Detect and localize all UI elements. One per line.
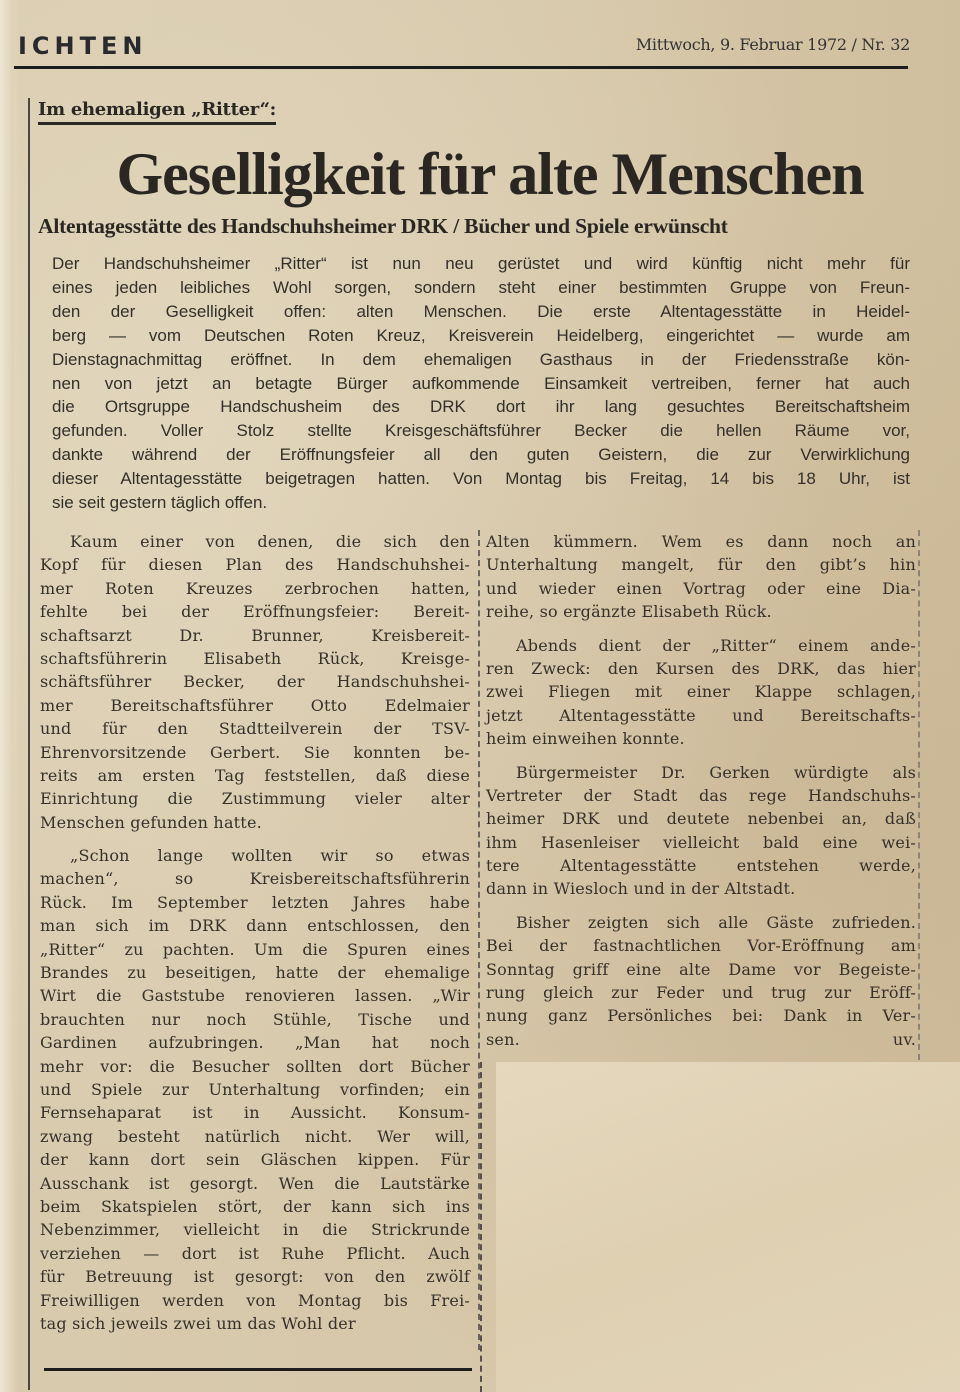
text-line: verziehen — dort ist Ruhe Pflicht. Auch — [40, 1242, 470, 1265]
text-line: Kopf für diesen Plan des Handschuhshei- — [40, 553, 470, 576]
lead-line: Dienstagnachmittag eröffnet. In dem ehem… — [52, 348, 910, 372]
text-line: mer Bereitschaftsführer Otto Edelmaier — [40, 694, 470, 717]
article-kicker: Im ehemaligen „Ritter“: — [38, 99, 276, 125]
text-line: Ausschank ist gesorgt. Wen die Lautstärk… — [40, 1172, 470, 1195]
text-line: zwei Fliegen mit einer Klappe schlagen, — [486, 680, 916, 703]
text-line: fehlte bei der Eröffnungsfeier: Bereit- — [40, 600, 470, 623]
text-line: man sich im DRK dann entschlossen, den — [40, 914, 470, 937]
lead-line: sie seit gestern täglich offen. — [52, 491, 910, 515]
text-line: Brandes zu beseitigen, hatte der ehemali… — [40, 961, 470, 984]
text-line: und für den Stadtteilverein der TSV- — [40, 717, 470, 740]
text-line: mehr vor: die Besucher sollten dort Büch… — [40, 1055, 470, 1078]
byline: uv. — [893, 1028, 916, 1051]
text-line: und Spiele zur Unterhaltung vorfinden; e… — [40, 1078, 470, 1101]
article-lead: Der Handschuhsheimer „Ritter“ ist nun ne… — [52, 252, 910, 515]
bottom-rule — [44, 1368, 472, 1371]
text-line: schäftsführer Becker, der Handschuhshei- — [40, 670, 470, 693]
text-line: Sonntag griff eine alte Dame vor Begeist… — [486, 958, 916, 981]
text-line: Nebenzimmer, vielleicht in die Strickrun… — [40, 1218, 470, 1241]
text-line: Menschen gefunden hatte. — [40, 811, 470, 834]
text-line: Kaum einer von denen, die sich den — [40, 530, 470, 553]
text-line: schaftsarzt Dr. Brunner, Kreisbereit- — [40, 624, 470, 647]
text-line: für Betreuung ist gesorgt: von den zwölf — [40, 1265, 470, 1288]
lead-line: die Ortsgruppe Handschusheim des DRK dor… — [52, 395, 910, 419]
section-label: ICHTEN — [18, 32, 147, 60]
text-line: Alten kümmern. Wem es dann noch an — [486, 530, 916, 553]
text-line: ren Zweck: den Kursen des DRK, das hier — [486, 657, 916, 680]
text-line: Rück. Im September letzten Jahres habe — [40, 891, 470, 914]
paragraph: Alten kümmern. Wem es dann noch anUnterh… — [486, 530, 916, 624]
text-line: beim Skatspielen stört, der kann sich in… — [40, 1195, 470, 1218]
text-line: Einrichtung die Zustimmung vieler alter — [40, 787, 470, 810]
lead-line: den der Geselligkeit offen: alten Mensch… — [52, 300, 910, 324]
text-line: Bei der fastnachtlichen Vor-Eröffnung am — [486, 934, 916, 957]
header-rule — [14, 66, 908, 69]
text-line: tere Altentagesstätte entstehen werde, — [486, 854, 916, 877]
article-subheadline: Altentagesstätte des Handschuhsheimer DR… — [38, 214, 728, 239]
text-line: Gardinen aufzubringen. „Man hat noch — [40, 1031, 470, 1054]
lead-line: dankte während der Eröffnungsfeier all d… — [52, 443, 910, 467]
lead-line: dieser Altentagesstätte beigetragen hatt… — [52, 467, 910, 491]
right-column-border — [918, 530, 920, 1060]
text-line: tag sich jeweils zwei um das Wohl der — [40, 1312, 470, 1335]
text-line: und wieder einen Vortrag oder eine Dia- — [486, 577, 916, 600]
text-line: reihe, so ergänzte Elisabeth Rück. — [486, 600, 916, 623]
left-column-border — [480, 1062, 482, 1392]
paragraph: „Schon lange wollten wir so etwasmachen“… — [40, 844, 470, 1335]
text-line: Vertreter der Stadt das rege Handschuhs- — [486, 784, 916, 807]
paragraph: Bürgermeister Dr. Gerken würdigte alsVer… — [486, 761, 916, 901]
text-line: heimer DRK und deutete nebenbei an, daß — [486, 807, 916, 830]
text-line: „Ritter“ zu pachten. Um die Spuren eines — [40, 938, 470, 961]
paragraph: Kaum einer von denen, die sich denKopf f… — [40, 530, 470, 834]
lead-line: berg — vom Deutschen Roten Kreuz, Kreisv… — [52, 324, 910, 348]
text-line: schaftsführerin Elisabeth Rück, Kreisge- — [40, 647, 470, 670]
article-frame-left — [28, 98, 30, 1390]
paragraph: Abends dient der „Ritter“ einem ande-ren… — [486, 634, 916, 751]
lead-line: nen von jetzt an betagte Bürger aufkomme… — [52, 372, 910, 396]
text-line: Freiwilligen werden von Montag bis Frei- — [40, 1289, 470, 1312]
text-line: der kann dort sein Gläschen kippen. Für — [40, 1148, 470, 1171]
lead-line: gefunden. Voller Stolz stellte Kreisgesc… — [52, 419, 910, 443]
article-column-right: Alten kümmern. Wem es dann noch anUnterh… — [486, 530, 916, 1061]
text-line: jetzt Altentagesstätte und Bereitschafts… — [486, 704, 916, 727]
text-line: dann in Wiesloch und in der Altstadt. — [486, 877, 916, 900]
blank-paper-region — [496, 1062, 960, 1392]
text-line: nung ganz Persönliches bei: Dank in Ver- — [486, 1004, 916, 1027]
text-line: ihm Hasenleiser vielleicht bald eine wei… — [486, 831, 916, 854]
article-headline: Geselligkeit für alte Menschen — [0, 140, 960, 209]
text-line: Unterhaltung mangelt, für den gibt’s hin — [486, 553, 916, 576]
text-line: rung gleich zur Feder und trug zur Eröff… — [486, 981, 916, 1004]
text-line: heim einweihen konnte. — [486, 727, 916, 750]
text-line: zwang besteht natürlich nicht. Wer will, — [40, 1125, 470, 1148]
text-line: Abends dient der „Ritter“ einem ande- — [486, 634, 916, 657]
lead-line: eines jeden leibliches Wohl sorgen, sond… — [52, 276, 910, 300]
text-line: mer Roten Kreuzes zerbrochen hatten, — [40, 577, 470, 600]
text-line: brauchten nur noch Stühle, Tische und — [40, 1008, 470, 1031]
text-line: Fernsehaparat ist in Aussicht. Konsum- — [40, 1101, 470, 1124]
text-line: Ehrenvorsitzende Gerbert. Sie konnten be… — [40, 741, 470, 764]
text-line: sen.uv. — [486, 1028, 916, 1051]
text-line: machen“, so Kreisbereitschaftsführerin — [40, 867, 470, 890]
lead-line: Der Handschuhsheimer „Ritter“ ist nun ne… — [52, 252, 910, 276]
article-column-left: Kaum einer von denen, die sich denKopf f… — [40, 530, 470, 1345]
text-line: „Schon lange wollten wir so etwas — [40, 844, 470, 867]
paragraph: Bisher zeigten sich alle Gäste zufrieden… — [486, 911, 916, 1051]
text-line: Bürgermeister Dr. Gerken würdigte als — [486, 761, 916, 784]
text-line: Wirt die Gaststube renovieren lassen. „W… — [40, 984, 470, 1007]
dateline: Mittwoch, 9. Februar 1972 / Nr. 32 — [636, 35, 910, 54]
text-line: reits am ersten Tag feststellen, daß die… — [40, 764, 470, 787]
text-line: Bisher zeigten sich alle Gäste zufrieden… — [486, 911, 916, 934]
